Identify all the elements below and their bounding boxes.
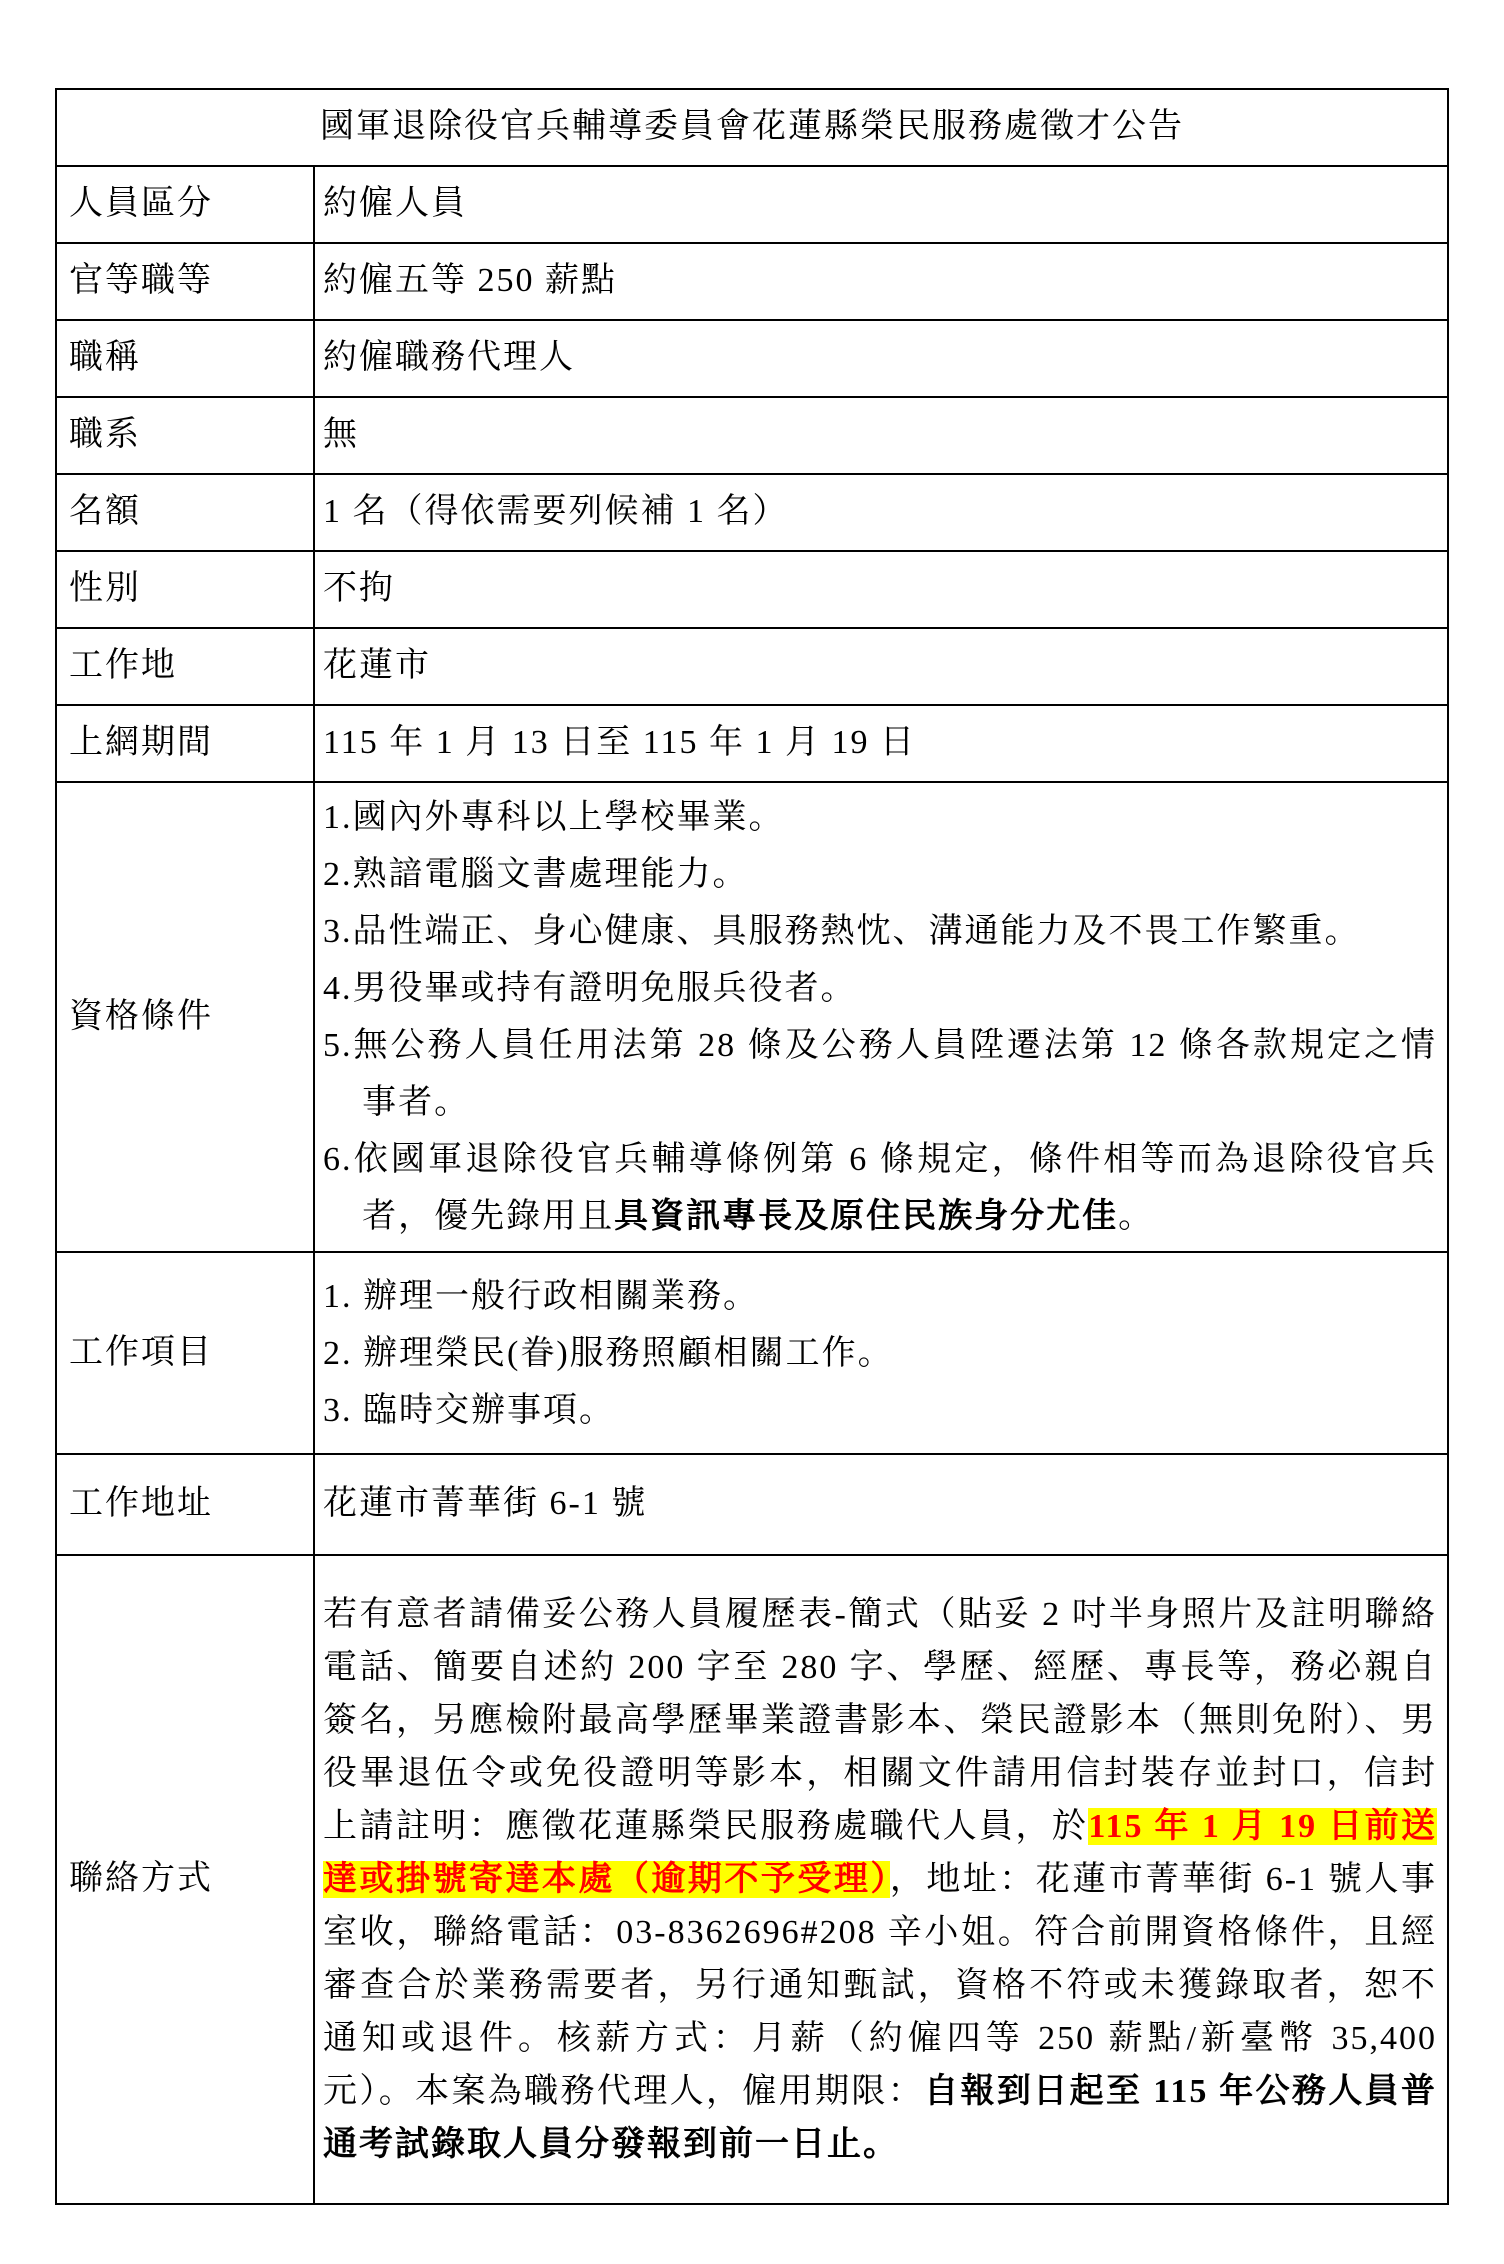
- row-job-series: 職系 無: [56, 397, 1448, 474]
- row-label: 資格條件: [56, 782, 314, 1252]
- row-work-address: 工作地址 花蓮市菁華街 6-1 號: [56, 1454, 1448, 1555]
- row-value: 無: [314, 397, 1448, 474]
- row-label: 工作項目: [56, 1252, 314, 1454]
- qualification-item: 3.品性端正、身心健康、具服務熱忱、溝通能力及不畏工作繁重。: [323, 903, 1437, 960]
- row-contact-method: 聯絡方式 若有意者請備妥公務人員履歷表-簡式（貼妥 2 吋半身照片及註明聯絡電話…: [56, 1555, 1448, 2204]
- row-personnel-category: 人員區分 約僱人員: [56, 166, 1448, 243]
- row-value: 約僱五等 250 薪點: [314, 243, 1448, 320]
- row-qualifications: 資格條件 1.國內外專科以上學校畢業。 2.熟諳電腦文書處理能力。 3.品性端正…: [56, 782, 1448, 1252]
- qualification-item: 6.依國軍退除役官兵輔導條例第 6 條規定，條件相等而為退除役官兵者，優先錄用且…: [323, 1131, 1437, 1245]
- qualification-item: 5.無公務人員任用法第 28 條及公務人員陞遷法第 12 條各款規定之情事者。: [323, 1017, 1437, 1131]
- row-label: 職稱: [56, 320, 314, 397]
- row-label: 名額: [56, 474, 314, 551]
- row-value: 約僱人員: [314, 166, 1448, 243]
- row-label: 上網期間: [56, 705, 314, 782]
- row-rank-grade: 官等職等 約僱五等 250 薪點: [56, 243, 1448, 320]
- row-job-title: 職稱 約僱職務代理人: [56, 320, 1448, 397]
- row-value: 不拘: [314, 551, 1448, 628]
- contact-paragraph: 若有意者請備妥公務人員履歷表-簡式（貼妥 2 吋半身照片及註明聯絡電話、簡要自述…: [323, 1588, 1437, 2171]
- row-label: 聯絡方式: [56, 1555, 314, 2204]
- row-duties: 工作項目 1. 辦理一般行政相關業務。 2. 辦理榮民(眷)服務照顧相關工作。 …: [56, 1252, 1448, 1454]
- duties-list: 1. 辦理一般行政相關業務。 2. 辦理榮民(眷)服務照顧相關工作。 3. 臨時…: [314, 1252, 1448, 1454]
- row-label: 官等職等: [56, 243, 314, 320]
- row-work-location: 工作地 花蓮市: [56, 628, 1448, 705]
- row-label: 工作地: [56, 628, 314, 705]
- row-value: 花蓮市菁華街 6-1 號: [314, 1454, 1448, 1555]
- row-value: 1 名（得依需要列候補 1 名）: [314, 474, 1448, 551]
- job-posting-table: 國軍退除役官兵輔導委員會花蓮縣榮民服務處徵才公告 人員區分 約僱人員 官等職等 …: [55, 88, 1449, 2205]
- row-value: 約僱職務代理人: [314, 320, 1448, 397]
- qualification-item: 2.熟諳電腦文書處理能力。: [323, 846, 1437, 903]
- duty-item: 2. 辦理榮民(眷)服務照顧相關工作。: [323, 1325, 1437, 1382]
- duty-item: 3. 臨時交辦事項。: [323, 1382, 1437, 1439]
- row-label: 職系: [56, 397, 314, 474]
- document-page: 國軍退除役官兵輔導委員會花蓮縣榮民服務處徵才公告 人員區分 約僱人員 官等職等 …: [0, 0, 1504, 2264]
- row-gender: 性別 不拘: [56, 551, 1448, 628]
- row-value: 花蓮市: [314, 628, 1448, 705]
- duty-item: 1. 辦理一般行政相關業務。: [323, 1268, 1437, 1325]
- row-posting-period: 上網期間 115 年 1 月 13 日至 115 年 1 月 19 日: [56, 705, 1448, 782]
- contact-cell: 若有意者請備妥公務人員履歷表-簡式（貼妥 2 吋半身照片及註明聯絡電話、簡要自述…: [314, 1555, 1448, 2204]
- row-label: 性別: [56, 551, 314, 628]
- row-vacancy-count: 名額 1 名（得依需要列候補 1 名）: [56, 474, 1448, 551]
- qualification-item: 4.男役畢或持有證明免服兵役者。: [323, 960, 1437, 1017]
- page-title: 國軍退除役官兵輔導委員會花蓮縣榮民服務處徵才公告: [56, 89, 1448, 166]
- qualifications-list: 1.國內外專科以上學校畢業。 2.熟諳電腦文書處理能力。 3.品性端正、身心健康…: [314, 782, 1448, 1252]
- row-value: 115 年 1 月 13 日至 115 年 1 月 19 日: [314, 705, 1448, 782]
- title-row: 國軍退除役官兵輔導委員會花蓮縣榮民服務處徵才公告: [56, 89, 1448, 166]
- row-label: 人員區分: [56, 166, 314, 243]
- qualification-item: 1.國內外專科以上學校畢業。: [323, 789, 1437, 846]
- row-label: 工作地址: [56, 1454, 314, 1555]
- bold-preference-text: 具資訊專長及原住民族身分尤佳: [614, 1198, 1118, 1235]
